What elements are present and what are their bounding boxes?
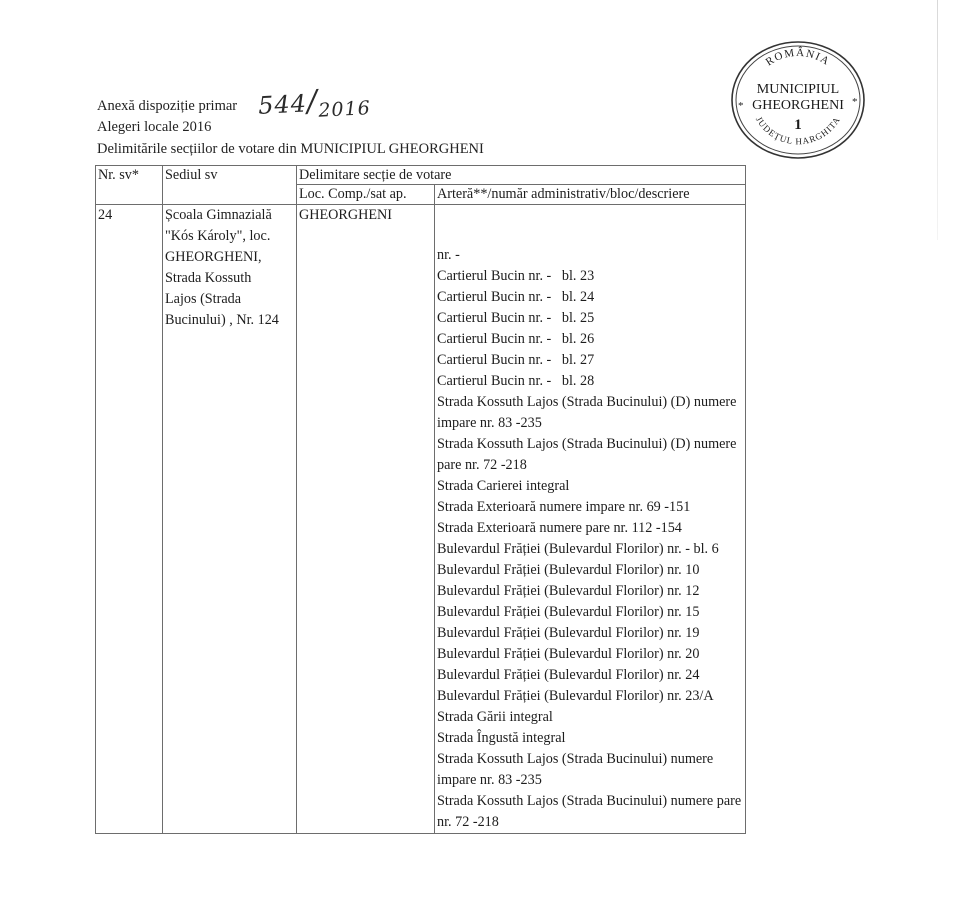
header-localitate: Loc. Comp./sat ap. xyxy=(297,185,435,205)
cell-artere: nr. -Cartierul Bucin nr. - bl. 23Cartier… xyxy=(435,205,746,834)
page-edge-shadow xyxy=(937,0,938,240)
annex-label: Anexă dispoziție primar xyxy=(97,98,237,114)
annex-title: Anexă dispoziție primar xyxy=(97,97,237,115)
cell-localitate: GHEORGHENI xyxy=(297,205,435,834)
seat-line: Strada Kossuth xyxy=(165,268,294,289)
election-title: Alegeri locale 2016 xyxy=(97,118,211,136)
seat-line: Școala Gimnazială xyxy=(165,205,294,226)
street-entry: Bulevardul Frăției (Bulevardul Florilor)… xyxy=(437,602,743,623)
street-entry: Strada Kossuth Lajos (Strada Bucinului) … xyxy=(437,791,743,833)
street-entry: Strada Carierei integral xyxy=(437,476,743,497)
street-entry: Bulevardul Frăției (Bulevardul Florilor)… xyxy=(437,686,743,707)
street-entry: Bulevardul Frăției (Bulevardul Florilor)… xyxy=(437,623,743,644)
street-entry: Strada Exterioară numere impare nr. 69 -… xyxy=(437,497,743,518)
street-entry: Bulevardul Frăției (Bulevardul Florilor)… xyxy=(437,581,743,602)
street-entry: Cartierul Bucin nr. - bl. 23 xyxy=(437,266,743,287)
seat-line: Bucinului) , Nr. 124 xyxy=(165,310,294,331)
seat-address-lines: Școala Gimnazială"Kós Károly", loc.GHEOR… xyxy=(165,205,294,331)
table-row: 24 Școala Gimnazială"Kós Károly", loc.GH… xyxy=(96,205,746,834)
stamp-municipality-label: MUNICIPIUL xyxy=(757,82,839,97)
header-delimitare: Delimitare secție de votare xyxy=(297,166,746,185)
official-stamp: ROMÂNIA JUDEȚUL HARGHITA MUNICIPIUL GHEO… xyxy=(728,38,868,160)
street-entry: Strada Kossuth Lajos (Strada Bucinului) … xyxy=(437,749,743,791)
street-entry: Bulevardul Frăției (Bulevardul Florilor)… xyxy=(437,665,743,686)
header-nr-sv: Nr. sv* xyxy=(96,166,163,205)
street-entry: Strada Exterioară numere pare nr. 112 -1… xyxy=(437,518,743,539)
street-list-spacer xyxy=(437,205,743,245)
street-entry: Strada Kossuth Lajos (Strada Bucinului) … xyxy=(437,392,743,434)
document-subtitle: Delimitările secțiilor de votare din MUN… xyxy=(97,140,484,158)
street-entry: Cartierul Bucin nr. - bl. 26 xyxy=(437,329,743,350)
cell-sediul-sv: Școala Gimnazială"Kós Károly", loc.GHEOR… xyxy=(163,205,297,834)
street-entry: Strada Kossuth Lajos (Strada Bucinului) … xyxy=(437,434,743,476)
decision-year: 2016 xyxy=(318,97,371,122)
stamp-number: 1 xyxy=(794,117,802,133)
decision-number: 544 xyxy=(257,89,307,120)
header-sediul-sv: Sediul sv xyxy=(163,166,297,205)
seat-line: "Kós Károly", loc. xyxy=(165,226,294,247)
stamp-city-name: GHEORGHENI xyxy=(752,98,844,113)
seat-line: Lajos (Strada xyxy=(165,289,294,310)
street-entry: Cartierul Bucin nr. - bl. 28 xyxy=(437,371,743,392)
cell-nr-sv: 24 xyxy=(96,205,163,834)
decision-slash: / xyxy=(306,84,319,120)
street-entry: Cartierul Bucin nr. - bl. 25 xyxy=(437,308,743,329)
street-entry: Bulevardul Frăției (Bulevardul Florilor)… xyxy=(437,539,743,560)
header-artera: Arteră**/număr administrativ/bloc/descri… xyxy=(435,185,746,205)
handwritten-decision-number: 544/2016 xyxy=(257,81,371,122)
table-header-row: Nr. sv* Sediul sv Delimitare secție de v… xyxy=(96,166,746,185)
stamp-star-left: * xyxy=(738,100,744,112)
street-list: nr. -Cartierul Bucin nr. - bl. 23Cartier… xyxy=(437,205,743,833)
polling-stations-table: Nr. sv* Sediul sv Delimitare secție de v… xyxy=(95,165,746,834)
street-entry: Cartierul Bucin nr. - bl. 27 xyxy=(437,350,743,371)
street-entry: Bulevardul Frăției (Bulevardul Florilor)… xyxy=(437,644,743,665)
street-entry: Bulevardul Frăției (Bulevardul Florilor)… xyxy=(437,560,743,581)
stamp-star-right: * xyxy=(852,96,858,108)
street-entry: Cartierul Bucin nr. - bl. 24 xyxy=(437,287,743,308)
street-entry: Strada Gării integral xyxy=(437,707,743,728)
seat-line: GHEORGHENI, xyxy=(165,247,294,268)
street-entry: Strada Îngustă integral xyxy=(437,728,743,749)
street-entry: nr. - xyxy=(437,245,743,266)
